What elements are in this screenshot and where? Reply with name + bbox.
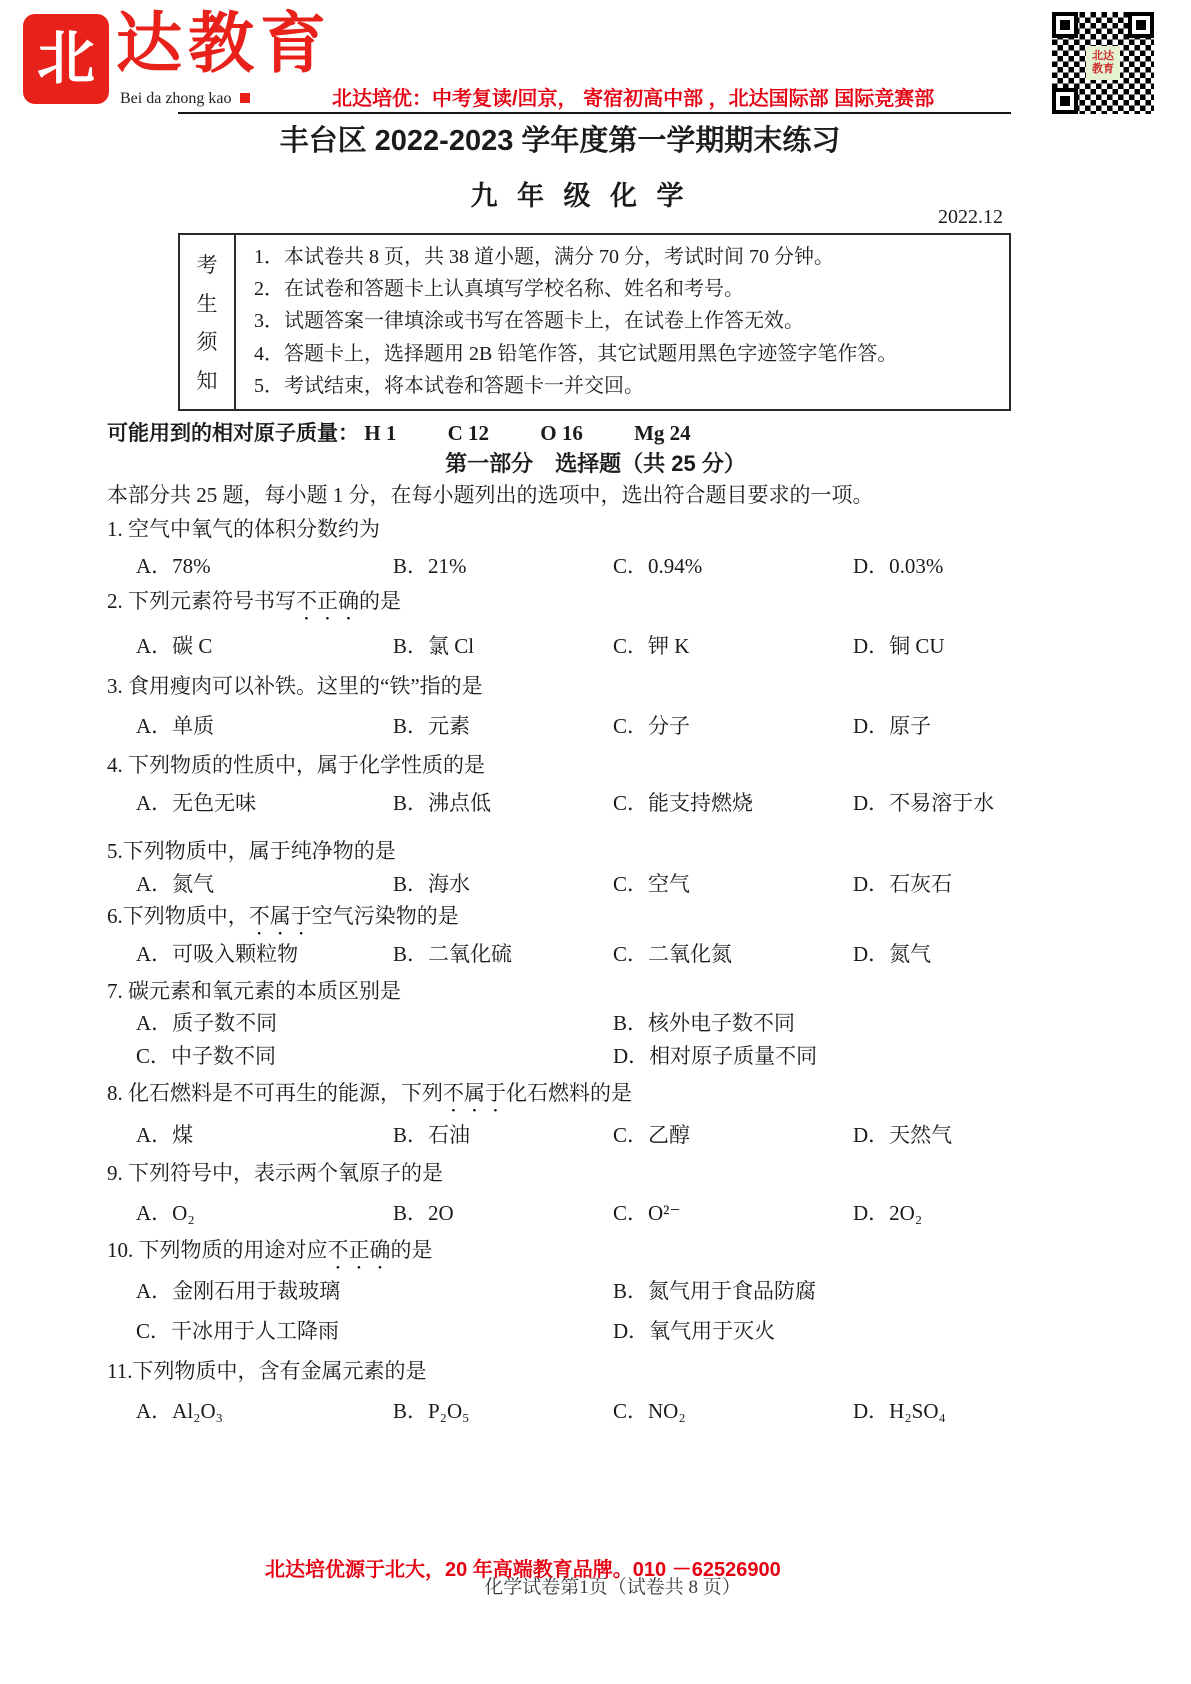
option-d: D．不易溶于水 bbox=[853, 790, 994, 816]
option-c: C．钾 K bbox=[613, 633, 689, 659]
question-text: 下列物质中，含有金属元素的是 bbox=[132, 1359, 426, 1383]
option-d: D．天然气 bbox=[853, 1122, 952, 1148]
option-d: D．相对原子质量不同 bbox=[613, 1043, 817, 1069]
question-text: 下列物质的性质中，属于化学性质的是 bbox=[123, 753, 485, 777]
question-text: 的是 bbox=[391, 1238, 433, 1262]
option-c: C．二氧化氮 bbox=[613, 941, 732, 967]
question-5: 5.下列物质中，属于纯净物的是 bbox=[107, 838, 396, 875]
option-d: D．原子 bbox=[853, 713, 931, 739]
option-b: B．2O bbox=[393, 1200, 454, 1226]
option-b: B．21% bbox=[393, 553, 467, 579]
question-number: 4. bbox=[107, 753, 123, 777]
notice-items: 1．本试卷共 8 页，共 38 道小题，满分 70 分，考试时间 70 分钟。 … bbox=[236, 235, 1009, 409]
option-d: D．氮气 bbox=[853, 941, 931, 967]
qr-code: 北达 教育 bbox=[1052, 12, 1154, 114]
red-square-icon bbox=[240, 93, 250, 103]
brand-seal-char: 北 bbox=[37, 30, 95, 88]
option-c: C．O²⁻ bbox=[613, 1200, 681, 1226]
option-c: C．空气 bbox=[613, 871, 690, 897]
question-text: 空气中氧气的体积分数约为 bbox=[123, 517, 380, 541]
qr-finder-icon bbox=[1128, 12, 1154, 38]
option-a: A．无色无味 bbox=[136, 790, 256, 816]
brand-pinyin: Bei da zhong kao bbox=[120, 90, 250, 108]
atomic-mass-value: H 1 bbox=[364, 421, 396, 445]
option-c: C．0.94% bbox=[613, 553, 702, 579]
questions-list: 1. 空气中氧气的体积分数约为 A．78% B．21% C．0.94% D．0.… bbox=[107, 505, 1107, 1445]
question-number: 9. bbox=[107, 1161, 123, 1185]
qr-finder-icon bbox=[1052, 88, 1078, 114]
notice-side-char: 须 bbox=[197, 326, 218, 356]
question-number: 5. bbox=[107, 839, 123, 863]
question-text-emphasized: 不正确 bbox=[328, 1238, 391, 1262]
option-b: B．氯 Cl bbox=[393, 633, 474, 659]
question-10-options-row2: C．干冰用于人工降雨 D．氧气用于灭火 bbox=[107, 1318, 1107, 1346]
question-text: 下列物质中， bbox=[123, 904, 249, 928]
question-11: 11.下列物质中，含有金属元素的是 bbox=[107, 1358, 426, 1395]
question-10-options-row1: A．金刚石用于裁玻璃 B．氮气用于食品防腐 bbox=[107, 1278, 1107, 1306]
option-c: C．干冰用于人工降雨 bbox=[136, 1318, 339, 1344]
atomic-mass-line: 可能用到的相对原子质量： H 1 C 12 O 16 Mg 24 bbox=[107, 417, 737, 447]
question-number: 10. bbox=[107, 1238, 133, 1262]
notice-item-2: 2．在试卷和答题卡上认真填写学校名称、姓名和考号。 bbox=[254, 277, 1003, 302]
question-4: 4. 下列物质的性质中，属于化学性质的是 bbox=[107, 752, 485, 789]
notice-item-3: 3．试题答案一律填涂或书写在答题卡上，在试卷上作答无效。 bbox=[254, 309, 1003, 334]
question-3: 3. 食用瘦肉可以补铁。这里的“铁”指的是 bbox=[107, 673, 483, 710]
option-b: B．P₂O₅ bbox=[393, 1398, 470, 1424]
atomic-mass-label: 可能用到的相对原子质量： bbox=[107, 422, 359, 445]
brand-seal-logo: 北 bbox=[25, 16, 107, 102]
question-number: 7. bbox=[107, 979, 123, 1003]
option-d: D．氧气用于灭火 bbox=[613, 1318, 775, 1344]
footer-page-info: 化学试卷第1页（试卷共 8 页） bbox=[0, 1572, 1191, 1599]
question-10: 10. 下列物质的用途对应不正确的是 bbox=[107, 1237, 433, 1274]
notice-side-char: 考 bbox=[197, 249, 218, 279]
question-text-emphasized: 不正确 bbox=[296, 589, 359, 613]
section-heading: 第一部分 选择题（共 25 分） bbox=[0, 447, 1191, 478]
question-3-options: A．单质 B．元素 C．分子 D．原子 bbox=[107, 713, 1107, 741]
header-divider bbox=[178, 112, 1011, 114]
brand-calligraphy-text: 达教育 bbox=[116, 2, 332, 88]
question-number: 6. bbox=[107, 904, 123, 928]
question-1-options: A．78% B．21% C．0.94% D．0.03% bbox=[107, 553, 1107, 581]
option-a: A．金刚石用于裁玻璃 bbox=[136, 1278, 340, 1304]
question-7-options-row1: A．质子数不同 B．核外电子数不同 bbox=[107, 1010, 1107, 1038]
brand-pinyin-text: Bei da zhong kao bbox=[120, 90, 232, 107]
question-text: 的是 bbox=[359, 589, 401, 613]
paper-date: 2022.12 bbox=[938, 206, 1003, 229]
option-a: A．煤 bbox=[136, 1122, 193, 1148]
question-text: 下列元素符号书写 bbox=[123, 589, 296, 613]
option-a: A．78% bbox=[136, 553, 211, 579]
question-number: 11. bbox=[107, 1359, 132, 1383]
option-b: B．石油 bbox=[393, 1122, 470, 1148]
brand-slogan: 北达培优：中考复读/回京， 寄宿初高中部 ，北达国际部 国际竞赛部 bbox=[332, 82, 934, 111]
option-c: C．NO₂ bbox=[613, 1398, 686, 1424]
option-d: D．H₂SO₄ bbox=[853, 1398, 946, 1424]
notice-side-char: 知 bbox=[197, 365, 218, 395]
question-2: 2. 下列元素符号书写不正确的是 bbox=[107, 588, 401, 625]
qr-label-line1: 北达 bbox=[1086, 50, 1120, 63]
option-b: B．核外电子数不同 bbox=[613, 1010, 795, 1036]
option-a: A．Al₂O₃ bbox=[136, 1398, 223, 1424]
question-8: 8. 化石燃料是不可再生的能源，下列不属于化石燃料的是 bbox=[107, 1080, 632, 1117]
notice-side-char: 生 bbox=[197, 288, 218, 318]
option-b: B．二氧化硫 bbox=[393, 941, 512, 967]
question-6-options: A．可吸入颗粒物 B．二氧化硫 C．二氧化氮 D．氮气 bbox=[107, 941, 1107, 969]
option-a: A．氮气 bbox=[136, 871, 214, 897]
question-number: 2. bbox=[107, 589, 123, 613]
option-c: C．分子 bbox=[613, 713, 690, 739]
notice-item-5: 5．考试结束，将本试卷和答题卡一并交回。 bbox=[254, 374, 1003, 399]
question-2-options: A．碳 C B．氯 Cl C．钾 K D．铜 CU bbox=[107, 633, 1107, 661]
option-a: A．质子数不同 bbox=[136, 1010, 277, 1036]
option-a: A．O₂ bbox=[136, 1200, 195, 1226]
question-9: 9. 下列符号中，表示两个氧原子的是 bbox=[107, 1160, 443, 1197]
notice-item-4: 4．答题卡上，选择题用 2B 铅笔作答，其它试题用黑色字迹签字笔作答。 bbox=[254, 342, 1003, 367]
option-b: B．海水 bbox=[393, 871, 470, 897]
option-d: D．0.03% bbox=[853, 553, 943, 579]
question-text: 食用瘦肉可以补铁。这里的“铁”指的是 bbox=[123, 674, 483, 698]
question-text: 空气污染物的是 bbox=[312, 904, 459, 928]
question-number: 3. bbox=[107, 674, 123, 698]
question-text: 碳元素和氧元素的本质区别是 bbox=[123, 979, 401, 1003]
question-text-emphasized: 不属于 bbox=[443, 1081, 506, 1105]
option-b: B．沸点低 bbox=[393, 790, 491, 816]
question-11-options: A．Al₂O₃ B．P₂O₅ C．NO₂ D．H₂SO₄ bbox=[107, 1398, 1107, 1426]
option-a: A．碳 C bbox=[136, 633, 212, 659]
question-8-options: A．煤 B．石油 C．乙醇 D．天然气 bbox=[107, 1122, 1107, 1150]
question-4-options: A．无色无味 B．沸点低 C．能支持燃烧 D．不易溶于水 bbox=[107, 790, 1107, 818]
atomic-mass-value: C 12 bbox=[448, 421, 489, 445]
atomic-mass-value: Mg 24 bbox=[634, 421, 691, 445]
option-a: A．可吸入颗粒物 bbox=[136, 941, 298, 967]
option-a: A．单质 bbox=[136, 713, 214, 739]
question-text: 下列符号中，表示两个氧原子的是 bbox=[123, 1161, 443, 1185]
option-c: C．乙醇 bbox=[613, 1122, 690, 1148]
qr-center-label: 北达 教育 bbox=[1086, 46, 1120, 80]
question-text: 化石燃料的是 bbox=[506, 1081, 632, 1105]
question-number: 1. bbox=[107, 517, 123, 541]
qr-label-line2: 教育 bbox=[1086, 63, 1120, 76]
examinee-notice-box: 考 生 须 知 1．本试卷共 8 页，共 38 道小题，满分 70 分，考试时间… bbox=[178, 233, 1011, 411]
question-text-emphasized: 不属于 bbox=[249, 904, 312, 928]
option-b: B．氮气用于食品防腐 bbox=[613, 1278, 816, 1304]
question-6: 6.下列物质中，不属于空气污染物的是 bbox=[107, 903, 459, 940]
option-d: D．石灰石 bbox=[853, 871, 952, 897]
qr-finder-icon bbox=[1052, 12, 1078, 38]
exam-paper-page: 北 达教育 Bei da zhong kao 北达培优：中考复读/回京， 寄宿初… bbox=[0, 0, 1191, 1684]
option-d: D．铜 CU bbox=[853, 633, 945, 659]
notice-side-label: 考 生 须 知 bbox=[180, 235, 236, 409]
paper-title: 丰台区 2022-2023 学年度第一学期期末练习 bbox=[0, 118, 1120, 159]
question-text: 化石燃料是不可再生的能源，下列 bbox=[123, 1081, 443, 1105]
option-c: C．能支持燃烧 bbox=[613, 790, 753, 816]
option-d: D．2O₂ bbox=[853, 1200, 922, 1226]
atomic-mass-value: O 16 bbox=[540, 421, 583, 445]
question-5-options: A．氮气 B．海水 C．空气 D．石灰石 bbox=[107, 871, 1107, 899]
notice-item-1: 1．本试卷共 8 页，共 38 道小题，满分 70 分，考试时间 70 分钟。 bbox=[254, 245, 1003, 270]
question-text: 下列物质中，属于纯净物的是 bbox=[123, 839, 396, 863]
question-9-options: A．O₂ B．2O C．O²⁻ D．2O₂ bbox=[107, 1200, 1107, 1228]
question-1: 1. 空气中氧气的体积分数约为 bbox=[107, 516, 380, 553]
question-number: 8. bbox=[107, 1081, 123, 1105]
option-b: B．元素 bbox=[393, 713, 470, 739]
question-7-options-row2: C．中子数不同 D．相对原子质量不同 bbox=[107, 1043, 1107, 1071]
question-text: 下列物质的用途对应 bbox=[133, 1238, 327, 1262]
option-c: C．中子数不同 bbox=[136, 1043, 276, 1069]
